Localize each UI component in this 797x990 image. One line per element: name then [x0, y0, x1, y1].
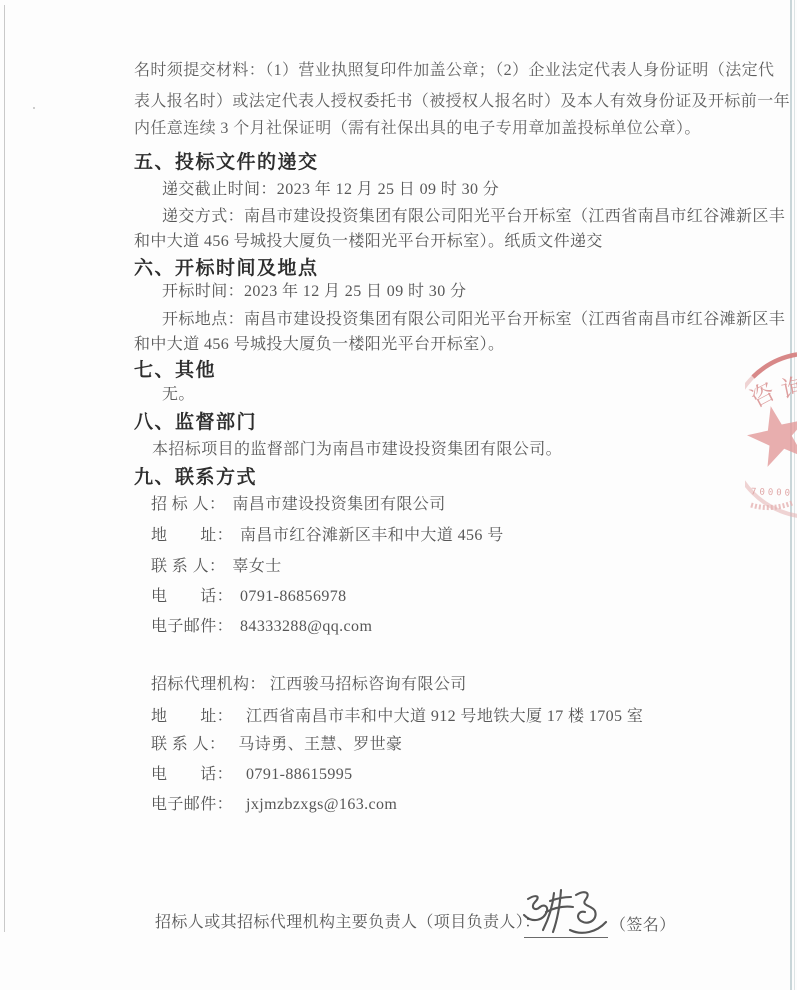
tenderer-contact-value: 辜女士 — [232, 558, 281, 575]
agency-name-row: 招标代理机构：江西骏马招标咨询有限公司 — [151, 674, 467, 696]
signature-strokes-svg — [520, 885, 612, 940]
seal-arc-char-2: 询 — [778, 373, 797, 404]
tenderer-phone-label: 电 话： — [151, 588, 233, 605]
section8-heading: 八、监督部门 — [134, 410, 257, 436]
tenderer-phone-value: 0791-86856978 — [240, 588, 347, 605]
agency-contact-value: 马诗勇、王慧、罗世豪 — [238, 736, 402, 753]
section5-heading: 五、投标文件的递交 — [134, 150, 319, 176]
seal-micro-text-arc — [751, 503, 792, 508]
agency-contact-label: 联 系 人： — [151, 736, 225, 753]
tenderer-email-label: 电子邮件： — [151, 618, 233, 635]
agency-email-row: 电子邮件：jxjmzbzxgs@163.com — [151, 794, 397, 816]
agency-email-value: jxjmzbzxgs@163.com — [246, 796, 397, 813]
agency-address-row: 地 址：江西省南昌市丰和中大道 912 号地铁大厦 17 楼 1705 室 — [151, 706, 643, 728]
tenderer-email-value: 84333288@qq.com — [240, 618, 372, 635]
tenderer-name-value: 南昌市建设投资集团有限公司 — [232, 496, 445, 513]
section5-method-line-2: 和中大道 456 号城投大厦负一楼阳光平台开标室）。纸质文件递交 — [134, 231, 603, 253]
tenderer-contact-row: 联 系 人：辜女士 — [151, 556, 282, 578]
agency-name-value: 江西骏马招标咨询有限公司 — [270, 676, 467, 693]
intro-line-1: 名时须提交材料：（1）营业执照复印件加盖公章；（2）企业法定代表人身份证明（法定… — [134, 60, 774, 82]
section7-heading: 七、其他 — [134, 358, 216, 384]
seal-arc-char-1: 咨 — [746, 378, 780, 413]
scan-speck — [33, 107, 35, 109]
agency-contact-row: 联 系 人：马诗勇、王慧、罗世豪 — [151, 734, 402, 756]
seal-digits: 70000 — [751, 487, 793, 498]
handwritten-signature — [520, 885, 612, 940]
section5-method-line-1: 递交方式：南昌市建设投资集团有限公司阳光平台开标室（江西省南昌市红谷滩新区丰 — [162, 206, 785, 228]
tenderer-address-value: 南昌市红谷滩新区丰和中大道 456 号 — [240, 527, 504, 544]
signature-prefix: 招标人或其招标代理机构主要负责人（项目负责人）： — [155, 912, 541, 934]
agency-address-value: 江西省南昌市丰和中大道 912 号地铁大厦 17 楼 1705 室 — [246, 708, 643, 725]
tenderer-address-row: 地 址：南昌市红谷滩新区丰和中大道 456 号 — [151, 525, 504, 547]
intro-line-2: 表人报名时）或法定代表人授权委托书（被授权人报名时）及本人有效身份证及开标前一年 — [134, 91, 790, 113]
red-seal: 咨 询 70000 — [745, 345, 797, 527]
section8-body: 本招标项目的监督部门为南昌市建设投资集团有限公司。 — [152, 439, 562, 461]
tenderer-name-row: 招 标 人：南昌市建设投资集团有限公司 — [151, 494, 446, 516]
agency-address-label: 地 址： — [151, 708, 233, 725]
section6-heading: 六、开标时间及地点 — [134, 256, 319, 282]
agency-email-label: 电子邮件： — [151, 796, 233, 813]
section5-deadline: 递交截止时间：2023 年 12 月 25 日 09 时 30 分 — [162, 179, 499, 201]
tenderer-address-label: 地 址： — [151, 527, 233, 544]
tenderer-name-label: 招 标 人： — [151, 496, 225, 513]
tenderer-email-row: 电子邮件：84333288@qq.com — [151, 616, 372, 638]
red-seal-svg: 咨 询 70000 — [745, 345, 797, 527]
intro-line-3: 内任意连续 3 个月社保证明（需有社保出具的电子专用章加盖投标单位公章）。 — [134, 118, 701, 140]
agency-name-label: 招标代理机构： — [151, 676, 266, 693]
scan-left-edge-line — [4, 5, 5, 932]
seal-star — [747, 406, 797, 467]
scanned-document-page: 名时须提交材料：（1）营业执照复印件加盖公章；（2）企业法定代表人身份证明（法定… — [0, 0, 797, 990]
section6-time: 开标时间：2023 年 12 月 25 日 09 时 30 分 — [162, 281, 466, 303]
signature-suffix: （签名） — [610, 915, 676, 937]
agency-phone-value: 0791-88615995 — [246, 766, 353, 783]
tenderer-contact-label: 联 系 人： — [151, 558, 225, 575]
agency-phone-label: 电 话： — [151, 766, 233, 783]
tenderer-phone-row: 电 话：0791-86856978 — [151, 586, 347, 608]
agency-phone-row: 电 话：0791-88615995 — [151, 764, 353, 786]
section9-heading: 九、联系方式 — [134, 465, 257, 491]
section6-place-line-1: 开标地点：南昌市建设投资集团有限公司阳光平台开标室（江西省南昌市红谷滩新区丰 — [162, 309, 785, 331]
section7-none: 无。 — [162, 384, 195, 406]
section6-place-line-2: 和中大道 456 号城投大厦负一楼阳光平台开标室）。 — [134, 334, 504, 356]
